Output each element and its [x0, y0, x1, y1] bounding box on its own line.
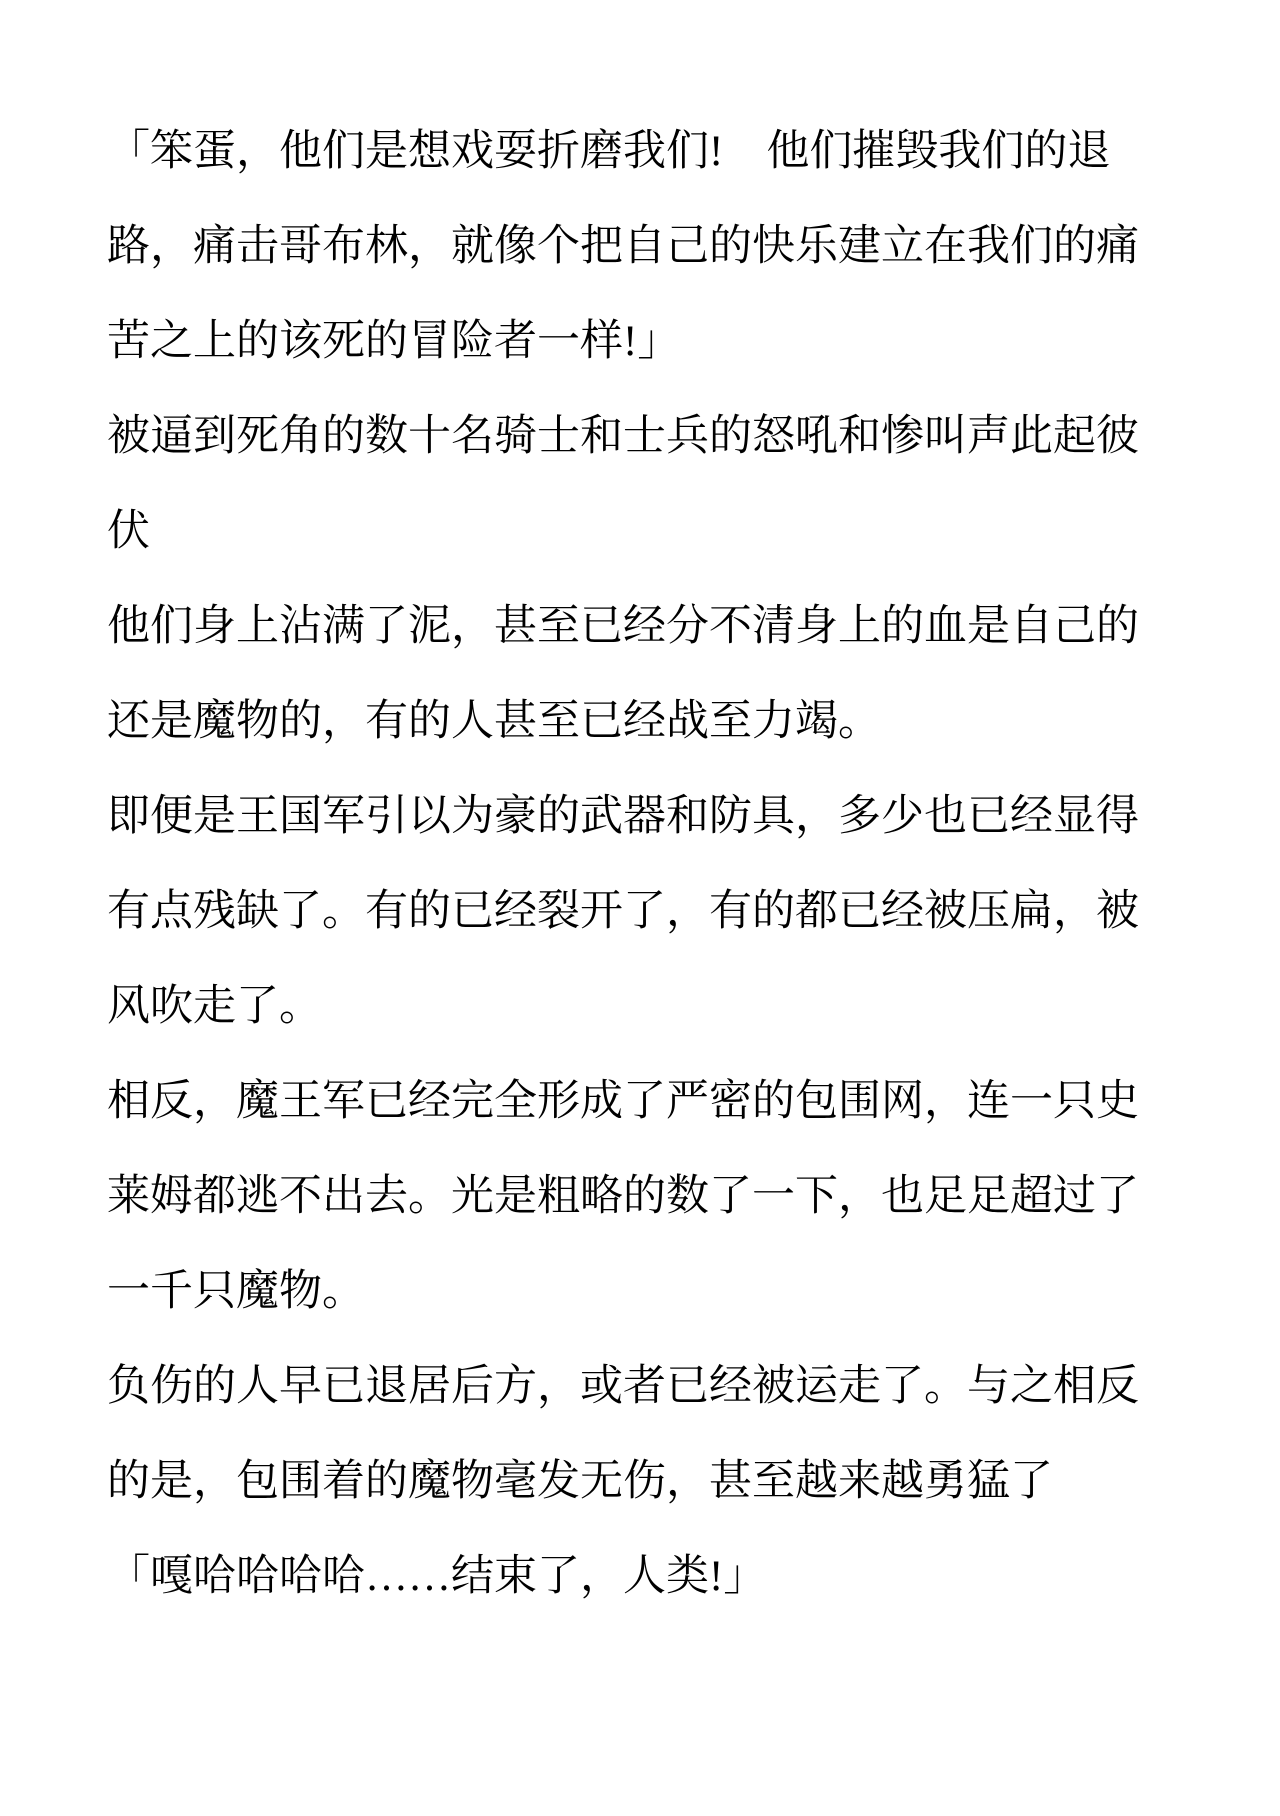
text-line: 「笨蛋，他们是想戏耍折磨我们! 他们摧毁我们的退 — [107, 104, 1190, 199]
text-line: 莱姆都逃不出去。光是粗略的数了一下，也足足超过了 — [107, 1149, 1190, 1244]
novel-page: 「笨蛋，他们是想戏耍折磨我们! 他们摧毁我们的退 路，痛击哥布林，就像个把自己的… — [0, 0, 1280, 1816]
text-line: 伏 — [107, 484, 1190, 579]
text-line: 「嘎哈哈哈哈……结束了，人类!」 — [107, 1529, 1190, 1624]
text-line: 相反，魔王军已经完全形成了严密的包围网，连一只史 — [107, 1054, 1190, 1149]
text-line: 的是，包围着的魔物毫发无伤，甚至越来越勇猛了 — [107, 1434, 1190, 1529]
text-line: 苦之上的该死的冒险者一样!」 — [107, 294, 1190, 389]
text-line: 有点残缺了。有的已经裂开了，有的都已经被压扁，被 — [107, 864, 1190, 959]
text-line: 还是魔物的，有的人甚至已经战至力竭。 — [107, 674, 1190, 769]
text-line: 风吹走了。 — [107, 959, 1190, 1054]
text-line: 被逼到死角的数十名骑士和士兵的怒吼和惨叫声此起彼 — [107, 389, 1190, 484]
text-line: 一千只魔物。 — [107, 1244, 1190, 1339]
text-line: 路，痛击哥布林，就像个把自己的快乐建立在我们的痛 — [107, 199, 1190, 294]
text-line: 他们身上沾满了泥，甚至已经分不清身上的血是自己的 — [107, 579, 1190, 674]
text-line: 负伤的人早已退居后方，或者已经被运走了。与之相反 — [107, 1339, 1190, 1434]
text-line: 即便是王国军引以为豪的武器和防具，多少也已经显得 — [107, 769, 1190, 864]
